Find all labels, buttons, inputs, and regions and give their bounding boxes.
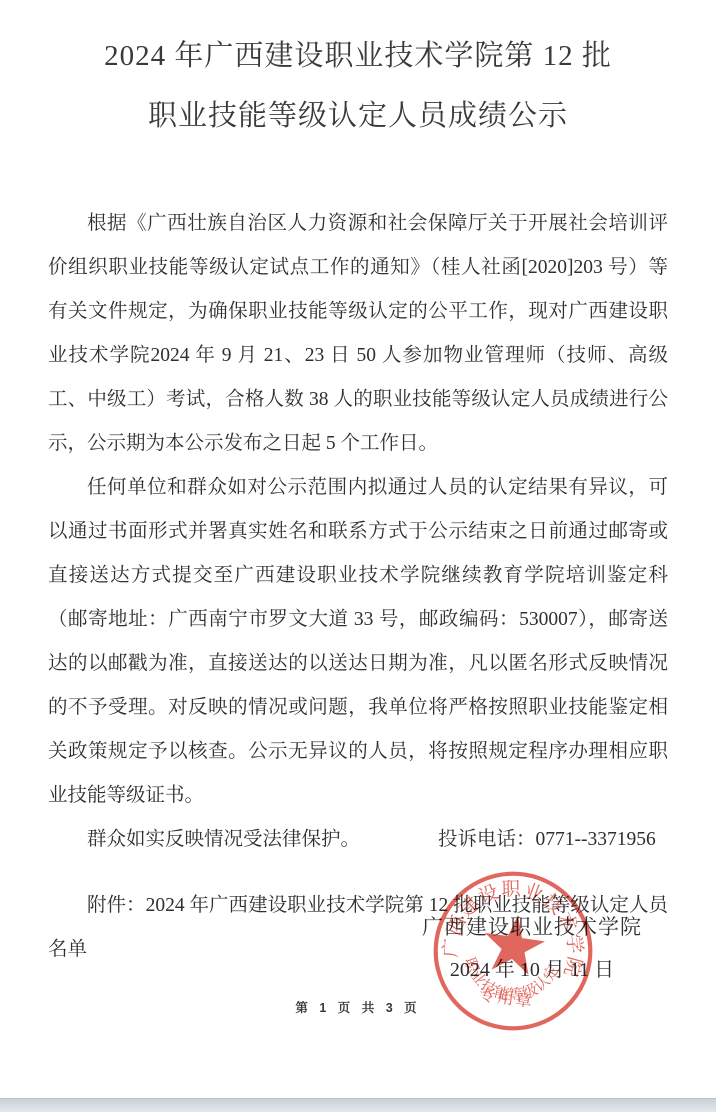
signature-date: 2024 年 10 月 11 日 [422,955,642,985]
title-line-1: 2024 年广西建设职业技术学院第 12 批 [0,26,716,86]
signature-block: 广西建设职业技术学院 2024 年 10 月 11 日 [422,912,642,985]
protection-text: 群众如实反映情况受法律保护。 [87,829,360,850]
paragraph-objection: 任何单位和群众如对公示范围内拟通过人员的认定结果有异议，可以通过书面形式并署真实… [48,466,668,818]
page-number-indicator: 第 1 页 共 3 页 [0,998,716,1016]
page-bottom-edge [0,1098,716,1112]
paragraph-basis: 根据《广西壮族自治区人力资源和社会保障厅关于开展社会培训评价组织职业技能等级认定… [48,202,668,466]
paragraph-protection: 群众如实反映情况受法律保护。投诉电话：0771--3371956 [48,818,668,862]
signature-organization: 广西建设职业技术学院 [422,912,642,942]
document-viewport: 2024 年广西建设职业技术学院第 12 批 职业技能等级认定人员成绩公示 根据… [0,0,716,1112]
document-body: 根据《广西壮族自治区人力资源和社会保障厅关于开展社会培训评价组织职业技能等级认定… [48,202,668,972]
complaint-phone: 投诉电话：0771--3371956 [438,829,656,850]
document-title: 2024 年广西建设职业技术学院第 12 批 职业技能等级认定人员成绩公示 [0,0,716,146]
title-line-2: 职业技能等级认定人员成绩公示 [0,86,716,146]
document-page: 2024 年广西建设职业技术学院第 12 批 职业技能等级认定人员成绩公示 根据… [0,0,716,1098]
